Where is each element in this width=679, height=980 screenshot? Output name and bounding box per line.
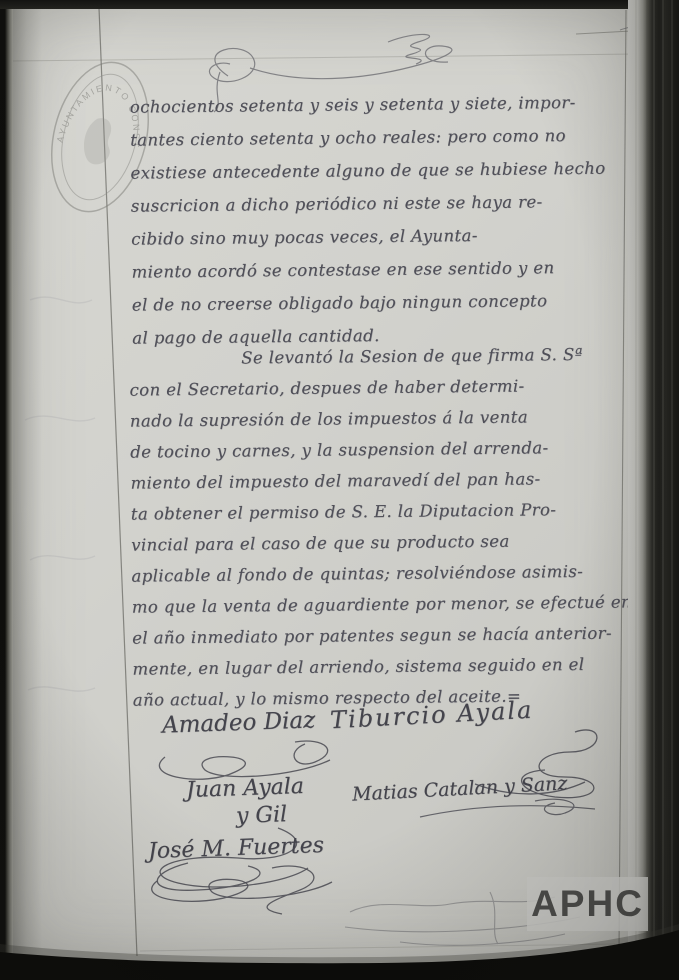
manuscript-line: cibido sino muy pocas veces, el Ayunta- (131, 217, 631, 255)
manuscript-line: ochocientos setenta y seis y setenta y s… (130, 85, 630, 123)
manuscript-line: miento acordó se contestase en ese senti… (131, 250, 631, 288)
signature-underline-icon (415, 795, 610, 827)
scanned-manuscript-page: AYUNTAMIENTO CONST 140 ochocientos seten… (0, 0, 679, 980)
aphc-watermark: APHC (527, 877, 648, 931)
manuscript-line: suscricion a dicho periódico ni este se … (131, 184, 631, 222)
manuscript-line: tantes ciento setenta y ocho reales: per… (130, 118, 630, 156)
manuscript-line: ta obtener el permiso de S. E. la Diputa… (131, 493, 631, 529)
manuscript-line: existiese antecedente alguno de que se h… (130, 151, 630, 189)
binding-shadow (8, 0, 42, 980)
book-edge-top (0, 0, 679, 9)
manuscript-paragraph-1: ochocientos setenta y seis y setenta y s… (130, 85, 633, 354)
book-edge-right (628, 0, 679, 980)
manuscript-line: el de no creerse obligado bajo ningun co… (132, 283, 632, 321)
manuscript-line: mente, en lugar del arriendo, sistema se… (132, 648, 632, 684)
book-edge-left (0, 0, 13, 980)
manuscript-line: Se levantó la Sesion de que firma S. Sª (129, 338, 629, 374)
manuscript-paragraph-2: Se levantó la Sesion de que firma S. Sª … (129, 338, 633, 715)
signature-rubric-icon (132, 856, 342, 928)
signature-juan-ayala: Juan Ayala (186, 774, 305, 803)
